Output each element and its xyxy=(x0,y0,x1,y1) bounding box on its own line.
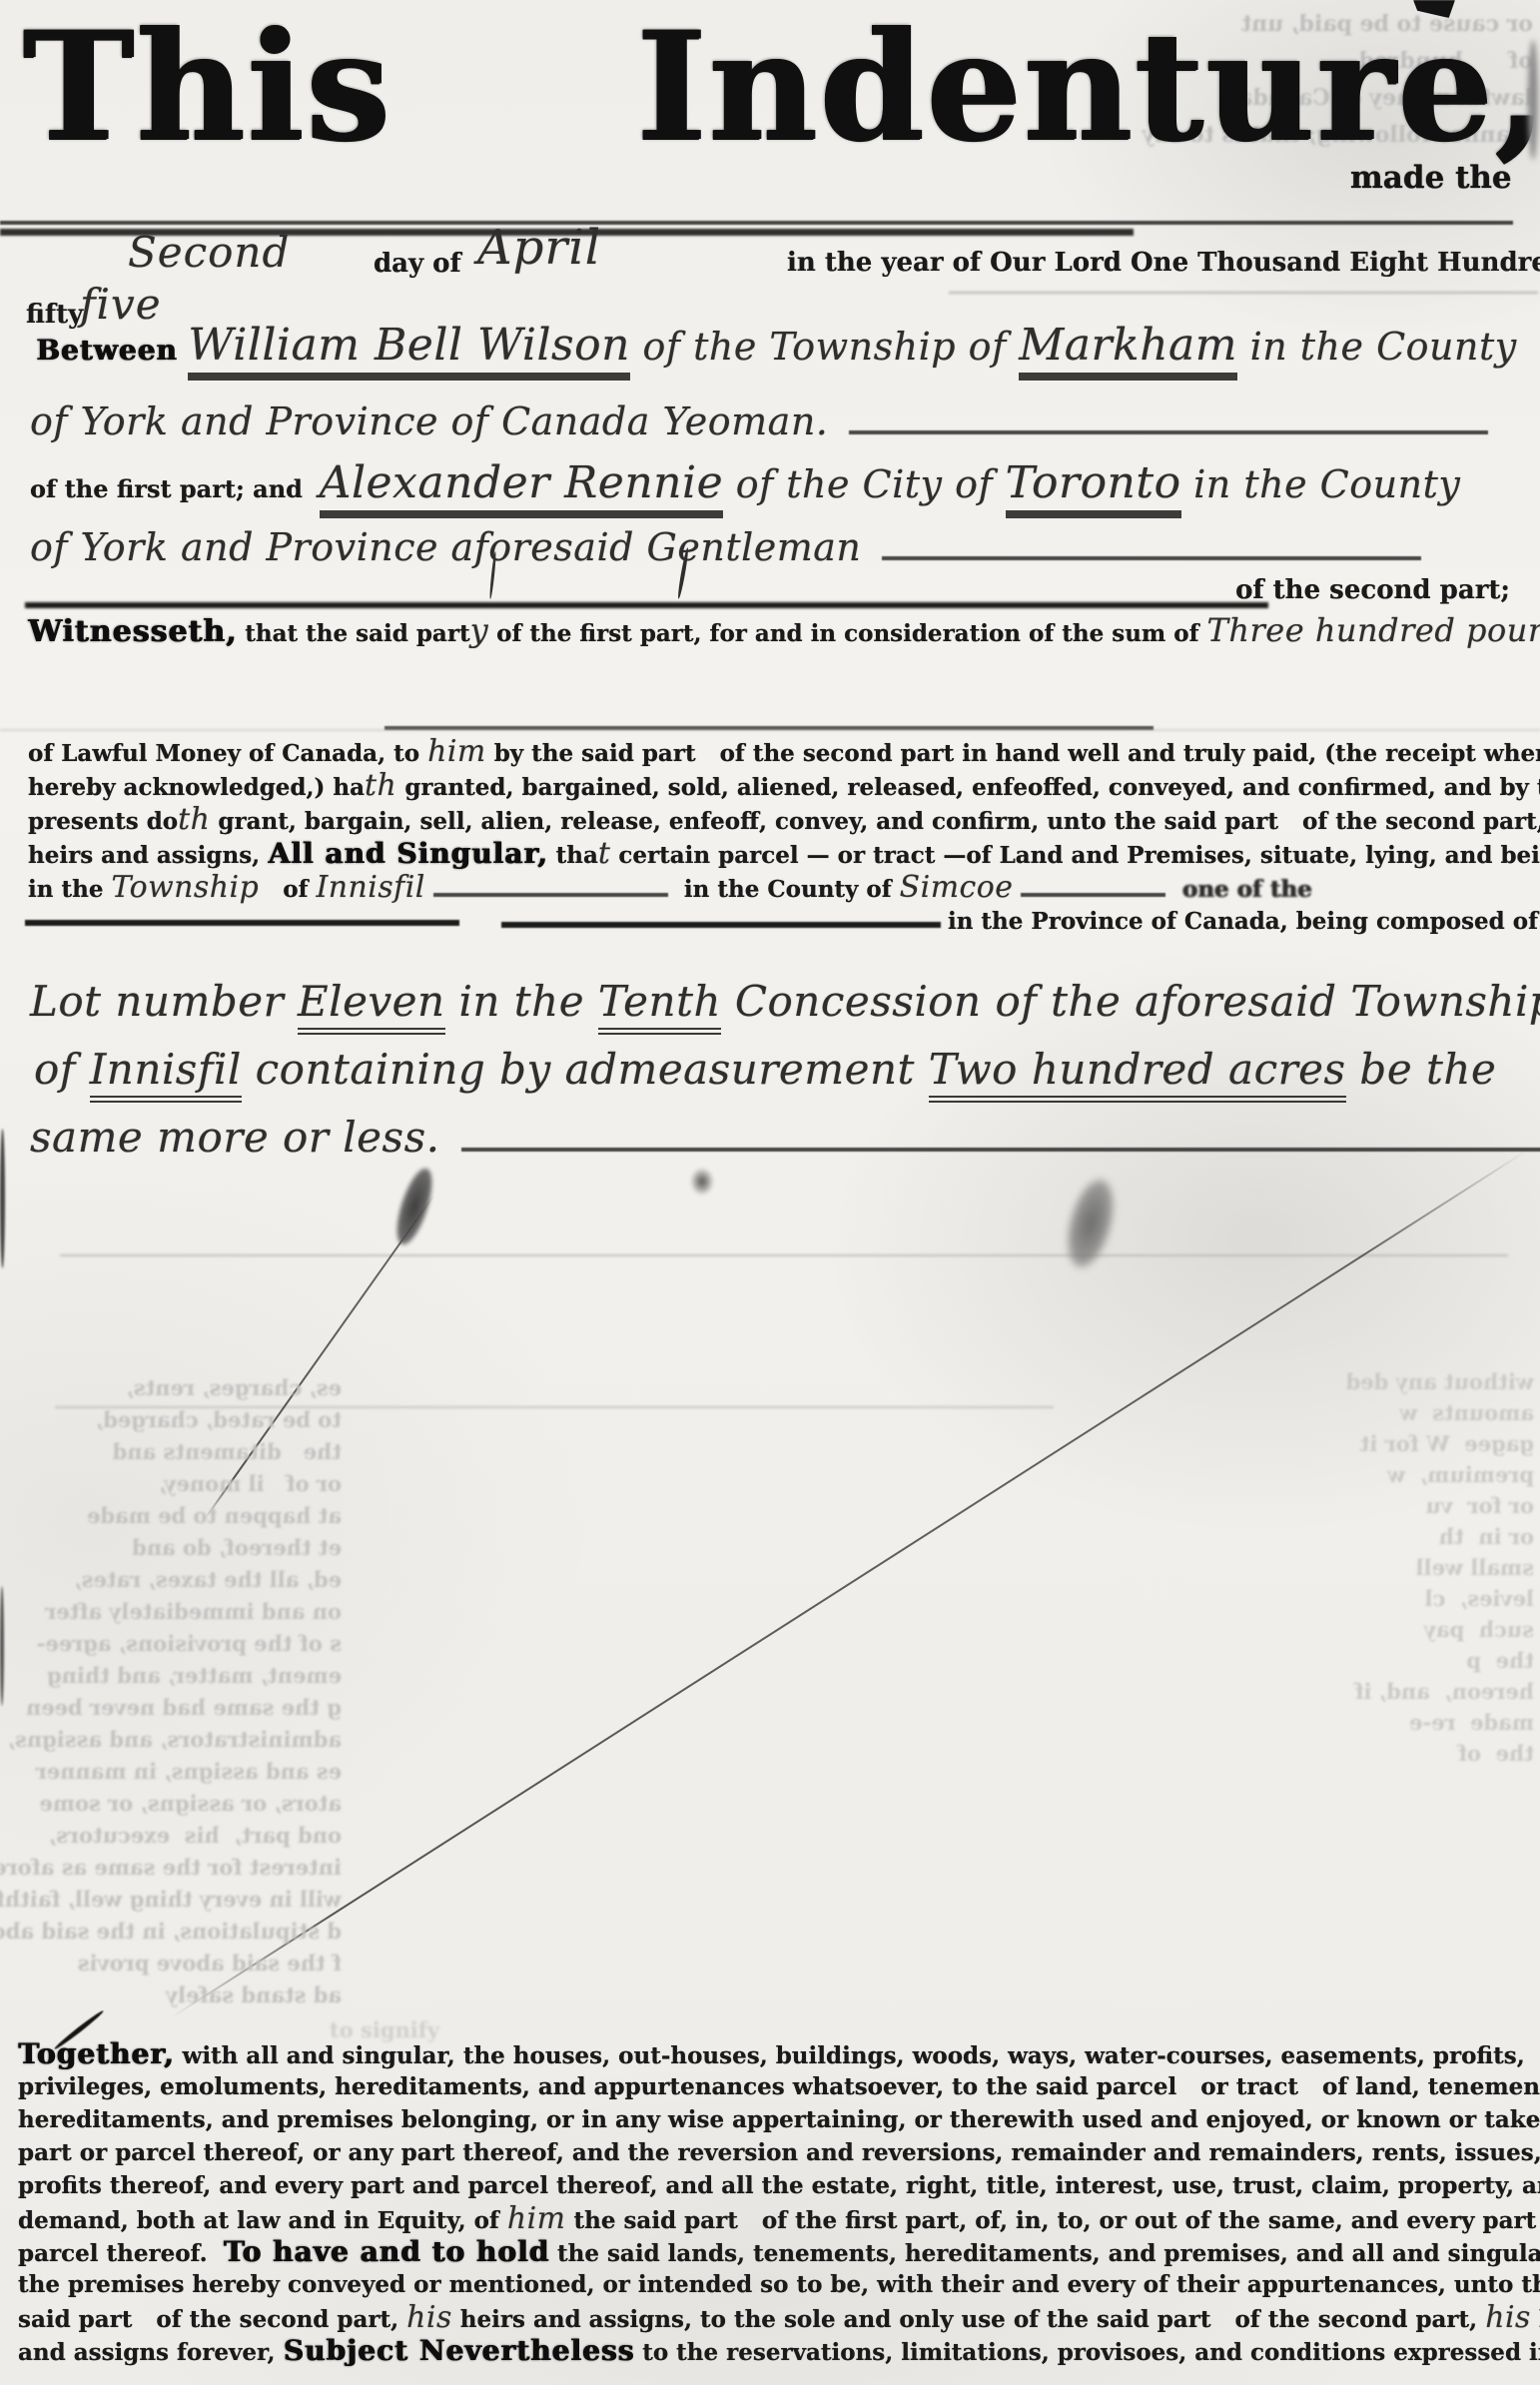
text-segment: the premises hereby conveyed or mentione… xyxy=(18,2271,1540,2298)
text-segment: Innisfil xyxy=(90,1045,242,1103)
text-segment: demand, both at law and in Equity, of xyxy=(18,2207,507,2234)
ghost-text-line: administrators, and assigns, xyxy=(20,1724,342,1756)
text-segment: be the xyxy=(1346,1045,1497,1094)
ghost-text-line: hereon, and, if xyxy=(1184,1676,1534,1707)
ghost-text-line: the of xyxy=(1184,1738,1534,1769)
property-description-line: of Innisfil containing by admeasurement … xyxy=(34,1045,1496,1094)
text-segment: Concession of the aforesaid Township xyxy=(721,977,1540,1026)
text-segment: Alexander Rennie xyxy=(320,457,723,518)
ghost-text-line: ement, matter, and thing xyxy=(20,1660,342,1692)
ghost-text-line: on and immediately after xyxy=(20,1596,342,1628)
rule-line xyxy=(949,292,1538,294)
blank-rule xyxy=(849,403,1488,434)
ghost-text-line: or for vu xyxy=(1184,1490,1534,1521)
deed-document-page: or cause to be paid, untof hundredlawful… xyxy=(0,0,1540,2385)
text-segment: by the said part of the second part in h… xyxy=(486,740,1540,767)
handwritten-day: Second xyxy=(128,228,290,277)
text-segment: of xyxy=(259,876,316,903)
rule-line xyxy=(501,922,941,928)
text-segment: said part of the second part, xyxy=(18,2306,406,2333)
witnesseth-line: Witnesseth, that the said party of the f… xyxy=(28,611,1540,649)
text-segment: y xyxy=(470,611,489,649)
text-segment: in the County xyxy=(1237,325,1517,369)
rule-line xyxy=(0,221,1513,225)
text-segment: of York and Province of Canada Yeoman. xyxy=(30,399,841,443)
party1-residence-line: of York and Province of Canada Yeoman. xyxy=(30,399,1496,443)
text-segment: Together, xyxy=(18,2037,175,2070)
text-segment: him xyxy=(507,2201,566,2236)
rule-line xyxy=(25,602,1268,608)
ghost-text-line: the p xyxy=(1184,1645,1534,1676)
paragraph-line: hereby acknowledged,) hath granted, barg… xyxy=(28,769,1538,803)
text-segment: heirs and assigns, xyxy=(28,842,268,869)
rule-line xyxy=(60,1254,1508,1256)
text-segment: that the said part xyxy=(237,620,469,647)
text-segment: of the first part, for and in considerat… xyxy=(488,620,1206,647)
text-segment: privileges, emoluments, hereditaments, a… xyxy=(18,2073,1540,2100)
ink-blot xyxy=(389,1165,438,1248)
ghost-text-line: ad stand safely xyxy=(20,1980,342,2011)
text-segment: in the Province of Canada, being compose… xyxy=(948,908,1538,935)
ghost-text-line: will in every thing well, faithfully, xyxy=(20,1884,342,1916)
ink-blot xyxy=(1060,1175,1122,1271)
text-segment: profits thereof, and every part and parc… xyxy=(18,2172,1540,2199)
text-segment: Markham xyxy=(1019,320,1237,381)
text-segment: his xyxy=(406,2300,452,2335)
ghost-text-line: levies, cl xyxy=(1184,1583,1534,1614)
text-segment: containing by admeasurement xyxy=(242,1045,929,1094)
blank-rule xyxy=(433,872,668,897)
text-segment: his xyxy=(1485,2300,1531,2335)
text-segment: in the xyxy=(445,977,598,1026)
text-segment: to the reservations, limitations, provis… xyxy=(634,2339,1540,2366)
text-segment: part or parcel thereof, or any part ther… xyxy=(18,2139,1540,2166)
ghost-column-left: es, charges, rents,to be rated, charged,… xyxy=(20,1372,342,2011)
second-part-label: of the second part; xyxy=(1099,575,1510,605)
habendum-paragraph: Together, with all and singular, the hou… xyxy=(18,2037,1532,2367)
text-segment: in the County of xyxy=(676,876,900,903)
text-segment: same more or less. xyxy=(30,1113,453,1162)
handwritten-month: April xyxy=(477,220,601,276)
ghost-text-line: interest for the same as aforesaid, xyxy=(20,1852,342,1884)
paragraph-line: demand, both at law and in Equity, of hi… xyxy=(18,2202,1532,2235)
text-segment: tha xyxy=(548,842,598,869)
ghost-text-line: to be rated, charged, xyxy=(20,1404,342,1436)
text-segment: Eleven xyxy=(298,977,445,1035)
text-segment: Subject Nevertheless xyxy=(283,2334,634,2367)
paragraph-line: presents doth grant, bargain, sell, alie… xyxy=(28,803,1538,837)
blank-rule xyxy=(882,529,1421,560)
property-description-line: Lot number Eleven in the Tenth Concessio… xyxy=(30,977,1540,1026)
text-segment: To have and to hold xyxy=(224,2235,549,2268)
text-segment: Two hundred acres xyxy=(929,1045,1346,1103)
text-segment: Between xyxy=(36,334,188,367)
paragraph-line: privileges, emoluments, hereditaments, a… xyxy=(18,2070,1532,2103)
paragraph-line: said part of the second part, his heirs … xyxy=(18,2301,1532,2334)
ghost-text-line: ond part, his executors, xyxy=(20,1820,342,1852)
ghost-text-line: or in th xyxy=(1184,1521,1534,1552)
ghost-text-line: es, charges, rents, xyxy=(20,1372,342,1404)
ghost-text-line: d stipulations, in the said above xyxy=(20,1916,342,1948)
rule-line xyxy=(25,920,459,926)
ghost-column-right: without any dedamounts wgagee W for itpr… xyxy=(1184,1366,1534,1769)
text-segment: Innisfil xyxy=(316,870,424,905)
text-segment: All and Singular, xyxy=(268,837,547,870)
ghost-text-line: the ditaments and xyxy=(20,1436,342,1468)
text-segment: with all and singular, the houses, out-h… xyxy=(175,2042,1525,2069)
document-title: This Indenture, xyxy=(22,0,1540,182)
text-segment: of the first part; and xyxy=(30,474,320,503)
ghost-text-line: ators, or assigns, or some xyxy=(20,1788,342,1820)
ink-blot xyxy=(691,1169,713,1194)
text-segment: hereditaments, and premises belonging, o… xyxy=(18,2106,1540,2133)
text-segment: of xyxy=(34,1045,90,1094)
paragraph-line: heirs and assigns, All and Singular, tha… xyxy=(28,837,1538,871)
ghost-text-line: premium, w xyxy=(1184,1459,1534,1490)
text-segment: in the County xyxy=(1181,462,1461,506)
paragraph-line: profits thereof, and every part and parc… xyxy=(18,2169,1532,2202)
ghost-text-line: g the same had never been xyxy=(20,1692,342,1724)
rule-line xyxy=(0,729,1540,731)
text-segment: hereby acknowledged,) ha xyxy=(28,774,365,801)
text-segment: t xyxy=(598,836,611,871)
text-segment: in the xyxy=(28,876,111,903)
text-segment: Toronto xyxy=(1006,457,1181,518)
made-the-label: made the xyxy=(1350,160,1512,196)
granting-paragraph: of Lawful Money of Canada, to him by the… xyxy=(28,735,1538,939)
text-segment: Township xyxy=(111,870,259,905)
ghost-text-line: s of the provisions, agree- xyxy=(20,1628,342,1660)
ghost-text-line: f the said above provis xyxy=(20,1948,342,1980)
party2-residence-line: of York and Province aforesaid Gentleman xyxy=(30,525,1429,569)
day-of-label: day of xyxy=(374,249,461,279)
ghost-text-line: made re-e xyxy=(1184,1707,1534,1738)
ghost-text-line: or of il money, xyxy=(20,1468,342,1500)
text-segment: of York and Province aforesaid Gentleman xyxy=(30,525,874,569)
text-segment: presents do xyxy=(28,808,178,835)
first-part-line: of the first part; and Alexander Rennie … xyxy=(30,457,1460,508)
paragraph-line: Together, with all and singular, the hou… xyxy=(18,2037,1532,2070)
text-segment: Witnesseth, xyxy=(28,614,237,649)
text-segment: of the City of xyxy=(723,462,1005,506)
text-segment: certain parcel — or tract —of Land and P… xyxy=(610,842,1540,869)
text-segment: th xyxy=(178,802,210,837)
text-segment: Tenth xyxy=(598,977,721,1035)
paragraph-line: hereditaments, and premises belonging, o… xyxy=(18,2103,1532,2136)
property-description-line: same more or less. xyxy=(30,1113,1540,1162)
between-line: Between William Bell Wilson of the Towns… xyxy=(36,320,1517,371)
ghost-text-line: gagee W for it xyxy=(1184,1428,1534,1459)
text-segment: th xyxy=(365,768,396,803)
text-segment: parcel thereof. xyxy=(18,2240,224,2267)
paragraph-line: and assigns forever, Subject Nevertheles… xyxy=(18,2334,1532,2367)
text-segment: William Bell Wilson xyxy=(188,320,630,381)
ghost-text-line: et thereof, do and xyxy=(20,1532,342,1564)
text-segment: him xyxy=(427,734,486,769)
paragraph-line: the premises hereby conveyed or mentione… xyxy=(18,2268,1532,2301)
text-segment: one of the xyxy=(1173,876,1311,903)
ghost-text-line: amounts w xyxy=(1184,1397,1534,1428)
page-edge-mark xyxy=(1528,40,1538,160)
ghost-text-line: es and assigns, in manner xyxy=(20,1756,342,1788)
ghost-text-line: small well xyxy=(1184,1552,1534,1583)
blank-rule xyxy=(1021,872,1165,897)
ghost-text-line: such pay xyxy=(1184,1614,1534,1645)
text-segment: Three hundred pounds xyxy=(1207,611,1540,649)
text-segment: the said part of the first part, of, in,… xyxy=(565,2207,1540,2234)
page-edge-mark xyxy=(0,1586,4,1706)
year-printed-text: in the year of Our Lord One Thousand Eig… xyxy=(787,248,1540,278)
ghost-text-line: at happen to be made xyxy=(20,1500,342,1532)
text-segment: Lot number xyxy=(30,977,298,1026)
text-segment: the said lands, tenements, hereditaments… xyxy=(549,2240,1540,2267)
text-segment: heirs and assigns, to the sole and only … xyxy=(452,2306,1485,2333)
paragraph-line: parcel thereof. To have and to hold the … xyxy=(18,2235,1532,2268)
text-segment: of Lawful Money of Canada, to xyxy=(28,740,427,767)
text-segment: of the Township of xyxy=(630,325,1019,369)
text-segment: Simcoe xyxy=(900,870,1014,905)
paragraph-line: part or parcel thereof, or any part ther… xyxy=(18,2136,1532,2169)
blank-rule xyxy=(461,1119,1540,1152)
text-segment: heirs xyxy=(1531,2306,1540,2333)
text-segment: and assigns forever, xyxy=(18,2339,283,2366)
ghost-text-line: ed, all the taxes, rates, xyxy=(20,1564,342,1596)
text-segment: granted, bargained, sold, aliened, relea… xyxy=(396,774,1540,801)
paragraph-line: in the Township of Innisfil in the Count… xyxy=(28,871,1538,905)
page-edge-mark xyxy=(0,1129,5,1268)
ghost-text-line: without any ded xyxy=(1184,1366,1534,1397)
paragraph-line: of Lawful Money of Canada, to him by the… xyxy=(28,735,1538,769)
text-segment: grant, bargain, sell, alien, release, en… xyxy=(210,808,1540,835)
